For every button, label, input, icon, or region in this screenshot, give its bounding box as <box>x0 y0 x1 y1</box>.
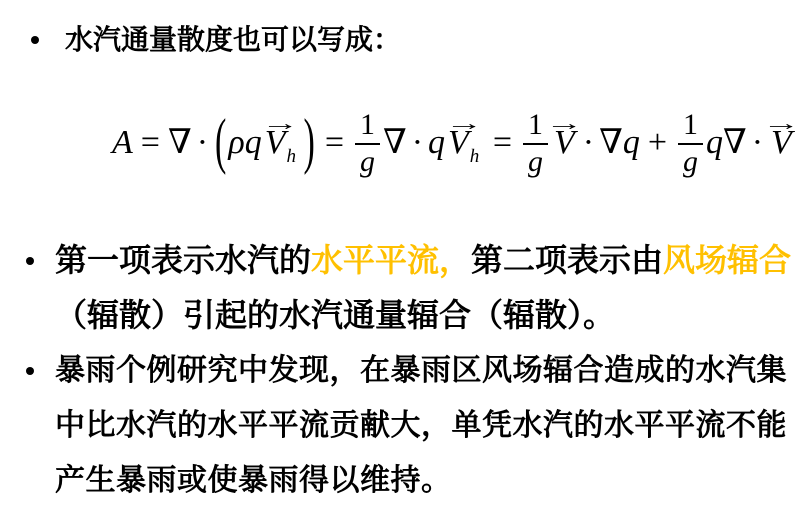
fraction-one-over-g: 1 g <box>355 110 380 177</box>
denominator: g <box>678 145 703 177</box>
bullet-icon <box>31 36 39 44</box>
bullet2-highlight-wind-convergence: 风场辐合 <box>663 242 791 278</box>
vapor-flux-divergence-formula: A = ∇ · ( ρ q →Vh ) = 1 g ∇ · q →Vh = 1 … <box>112 95 795 191</box>
vector-Vh: →Vh <box>448 126 469 160</box>
vector-arrow-icon: → <box>445 113 483 134</box>
bullet-item-intro: 水汽通量散度也可以写成： <box>31 22 401 60</box>
sym-A: A <box>112 126 133 160</box>
bullet3-line1: 暴雨个例研究中发现，在暴雨区风场辐合造成的水汽集 <box>26 343 787 398</box>
bullet-item-rainstorm-case: 暴雨个例研究中发现，在暴雨区风场辐合造成的水汽集 中比水汽的水平平流贡献大，单凭… <box>26 343 787 508</box>
bullet2-text-plain: 第二项表示由 <box>471 242 663 278</box>
presentation-slide: 水汽通量散度也可以写成： A = ∇ · ( ρ q →Vh ) = 1 g ∇… <box>0 0 812 531</box>
denominator: g <box>355 145 380 177</box>
bullet-item-terms-explanation: 第一项表示水汽的水平平流，第二项表示由风场辐合 （辐散）引起的水汽通量辐合（辐散… <box>26 233 791 343</box>
dot-operator: · <box>412 126 423 160</box>
subscript-h: h <box>470 147 480 166</box>
sym-q: q <box>428 126 445 160</box>
fraction-one-over-g: 1 g <box>678 110 703 177</box>
bullet3-line2: 中比水汽的水平平流贡献大，单凭水汽的水平平流不能 <box>26 398 787 453</box>
bullet2-text-plain: 第一项表示水汽的 <box>55 242 311 278</box>
numerator: 1 <box>678 110 703 143</box>
vector-V: →V <box>554 126 575 160</box>
sym-plus: + <box>648 126 667 160</box>
vector-arrow-icon: → <box>261 113 299 134</box>
numerator: 1 <box>355 110 380 143</box>
right-paren: ) <box>303 112 314 175</box>
bullet-icon <box>26 257 34 265</box>
vector-arrow-icon: → <box>545 113 583 134</box>
bullet3-line3: 产生暴雨或使暴雨得以维持。 <box>26 453 787 508</box>
nabla-symbol: ∇ <box>599 126 623 160</box>
sym-q: q <box>245 126 262 160</box>
vector-arrow-icon: → <box>762 113 800 134</box>
bullet2-line1: 第一项表示水汽的水平平流，第二项表示由风场辐合 <box>26 233 791 288</box>
nabla-symbol: ∇ <box>383 126 407 160</box>
subscript-h: h <box>286 147 296 166</box>
bullet2-line2: （辐散）引起的水汽通量辐合（辐散）。 <box>26 288 791 343</box>
dot-operator: · <box>197 126 208 160</box>
dot-operator: · <box>583 126 594 160</box>
bullet2-highlight-horizontal-advection: 水平平流， <box>311 242 471 278</box>
nabla-symbol: ∇ <box>723 126 747 160</box>
bullet-icon <box>26 367 34 375</box>
sym-rho: ρ <box>228 126 244 160</box>
sym-equals: = <box>325 126 344 160</box>
bullet1-text: 水汽通量散度也可以写成： <box>65 25 401 56</box>
left-paren: ( <box>215 112 226 175</box>
vector-Vh: →Vh <box>265 126 286 160</box>
sym-equals: = <box>141 126 160 160</box>
vector-V: →V <box>771 126 792 160</box>
sym-equals: = <box>493 126 512 160</box>
bullet3-line1-text: 暴雨个例研究中发现，在暴雨区风场辐合造成的水汽集 <box>55 354 787 387</box>
sym-q: q <box>706 126 723 160</box>
nabla-symbol: ∇ <box>168 126 192 160</box>
sym-q: q <box>623 126 640 160</box>
denominator: g <box>523 145 548 177</box>
